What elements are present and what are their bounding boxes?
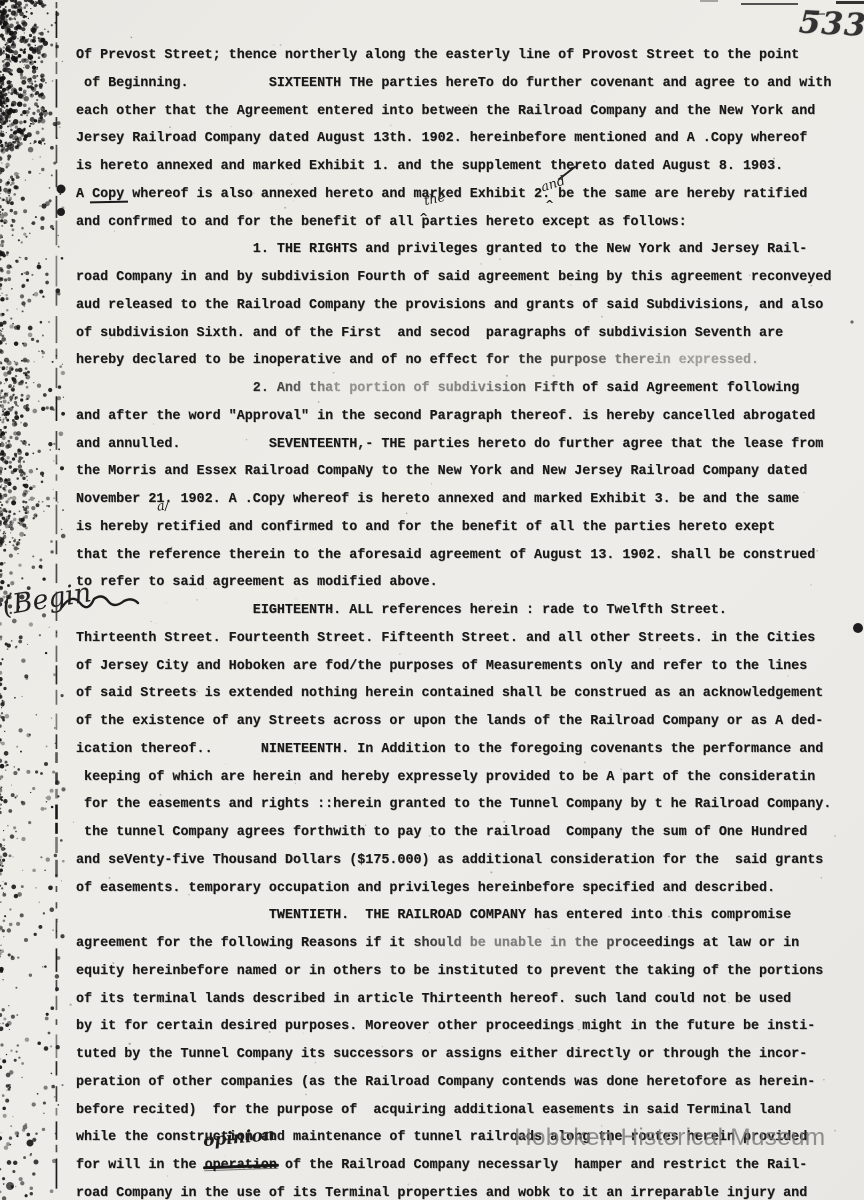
scan-edge-mark (836, 1, 864, 4)
document-line: the Morris and Essex Railroad CompaNy to… (76, 458, 848, 486)
document-line: the tunnel Company agrees forthwith to p… (76, 819, 848, 847)
scan-edge-mark (741, 3, 798, 5)
document-line: A Copy whereof is also annexed hereto an… (76, 181, 848, 209)
document-line: 2. And that portion of subdivision Fifth… (76, 375, 848, 403)
document-line: by it for certain desired purposes. More… (76, 1013, 848, 1041)
document-line: for will in the operation of the Railroa… (76, 1152, 848, 1180)
document-line: and confrmed to and for the benefit of a… (76, 209, 848, 237)
document-line: agreement for the following Reasons if i… (76, 930, 848, 958)
document-line: road Company in and by subdivision Fourt… (76, 264, 848, 292)
document-line: is hereby retified and confirmed to and … (76, 514, 848, 542)
document-line: for the easements and rights ::herein gr… (76, 791, 848, 819)
document-line: tuted by the Tunnel Company its successo… (76, 1041, 848, 1069)
caret-mark: ^ (419, 211, 428, 224)
document-line: before recited) for the purpose of acqui… (76, 1097, 848, 1125)
document-line: peration of other companies (as the Rail… (76, 1069, 848, 1097)
document-line: of Jersey City and Hoboken are fod/the p… (76, 653, 848, 681)
document-line: EIGHTEENTH. ALL references herein : rade… (76, 597, 848, 625)
document-line: road Company in the use of its Terminal … (76, 1180, 848, 1200)
document-line: of easements. temporary occupation and p… (76, 875, 848, 903)
page-number: 533 (798, 4, 860, 43)
document-line: Of Prevost Street; thence northerly alon… (76, 42, 848, 70)
document-line: of its terminal lands described in artic… (76, 986, 848, 1014)
document-line: of the existence of any Streets across o… (76, 708, 848, 736)
document-line: equity hereinbefore named or in others t… (76, 958, 848, 986)
document-line: of Beginning. SIXTEENTH THe parties here… (76, 70, 848, 98)
document-line: is hereto annexed and marked Exhibit 1. … (76, 153, 848, 181)
document-line: hereby declared to be inoperative and of… (76, 347, 848, 375)
document-line: and seVenty-five Thousand Dollars ($175.… (76, 847, 848, 875)
document-line: ication thereof.. NINETEENTH. In Additio… (76, 736, 848, 764)
document-line: aud released to the Railroad Company the… (76, 292, 848, 320)
document-line: of subdivision Sixth. and of the First a… (76, 320, 848, 348)
document-line: that the reference therein to the afores… (76, 542, 848, 570)
scanned-document-page: 533 Of Prevost Street; thence northerly … (0, 0, 864, 1200)
document-line: TWENTIETH. THE RAILROAD COMPANY has ente… (76, 902, 848, 930)
document-line: keeping of which are herein and hereby e… (76, 764, 848, 792)
struck-through-word: operation (205, 1158, 277, 1173)
document-line: Thirteenth Street. Fourteenth Street. Fi… (76, 625, 848, 653)
document-line: and after the word "Approval" in the sec… (76, 403, 848, 431)
inserted-letter-handwriting: a/ (156, 498, 170, 515)
document-line: and annulled. SEVENTEENTH,- THE parties … (76, 431, 848, 459)
typewritten-text-block: Of Prevost Street; thence northerly alon… (76, 42, 848, 1200)
document-line: each other that the Agreement entered in… (76, 98, 848, 126)
document-line: November 21. 1902. A .Copy whereof is he… (76, 486, 848, 514)
museum-watermark: Hoboken Historical Museum (514, 1124, 825, 1152)
document-line: of said Streets is extended nothing here… (76, 680, 848, 708)
scan-edge-mark (812, 13, 825, 15)
scan-edge-mark (700, 0, 718, 2)
caret-mark: ^ (545, 198, 554, 211)
document-line: 1. THE RIGHTS and privileges granted to … (76, 236, 848, 264)
document-line: to refer to said agreement as modified a… (76, 569, 848, 597)
document-line: Jersey Railroad Company dated August 13t… (76, 125, 848, 153)
